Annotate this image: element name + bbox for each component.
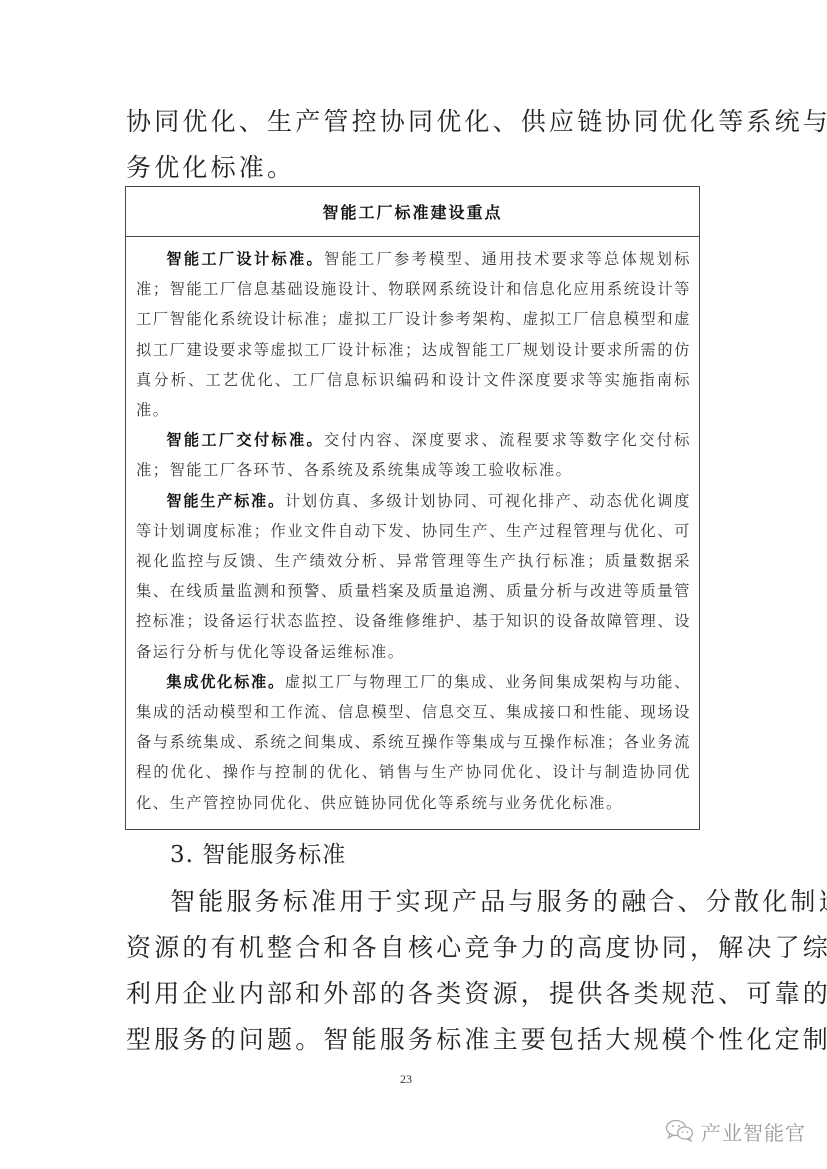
focus-box: 智能工厂标准建设重点 智能工厂设计标准。智能工厂参考模型、通用技术要求等总体规划… bbox=[125, 186, 700, 830]
paragraph-text: 计划仿真、多级计划协同、可视化排产、动态优化调度等计划调度标准；作业文件自动下发… bbox=[136, 492, 691, 661]
paragraph-lead: 集成优化标准。 bbox=[166, 673, 285, 691]
section-heading: 3. 智能服务标准 bbox=[170, 843, 745, 868]
body-text-line: 资源的有机整合和各自核心竞争力的高度协同，解决了综合 bbox=[126, 935, 701, 960]
body-text-line: 协同优化、生产管控协同优化、供应链协同优化等系统与业 bbox=[126, 109, 701, 134]
box-paragraph-production: 智能生产标准。计划仿真、多级计划协同、可视化排产、动态优化调度等计划调度标准；作… bbox=[136, 486, 691, 667]
paragraph-text: 虚拟工厂与物理工厂的集成、业务间集成架构与功能、集成的活动模型和工作流、信息模型… bbox=[136, 673, 691, 812]
wechat-icon bbox=[665, 1118, 695, 1146]
body-text-line: 型服务的问题。智能服务标准主要包括大规模个性化定制、 bbox=[126, 1027, 701, 1052]
page-number: 23 bbox=[400, 1072, 412, 1087]
watermark: 产业智能官 bbox=[665, 1117, 806, 1146]
focus-box-header: 智能工厂标准建设重点 bbox=[126, 187, 699, 237]
watermark-text: 产业智能官 bbox=[701, 1117, 806, 1146]
box-paragraph-integration: 集成优化标准。虚拟工厂与物理工厂的集成、业务间集成架构与功能、集成的活动模型和工… bbox=[136, 667, 691, 818]
body-text-line: 智能服务标准用于实现产品与服务的融合、分散化制造 bbox=[170, 889, 745, 914]
body-text-line: 利用企业内部和外部的各类资源，提供各类规范、可靠的新 bbox=[126, 981, 701, 1006]
focus-box-body: 智能工厂设计标准。智能工厂参考模型、通用技术要求等总体规划标准；智能工厂信息基础… bbox=[126, 237, 699, 818]
paragraph-lead: 智能生产标准。 bbox=[166, 492, 285, 510]
focus-box-title: 智能工厂标准建设重点 bbox=[322, 200, 502, 223]
paragraph-lead: 智能工厂交付标准。 bbox=[166, 431, 324, 449]
paragraph-lead: 智能工厂设计标准。 bbox=[166, 250, 324, 268]
box-paragraph-design: 智能工厂设计标准。智能工厂参考模型、通用技术要求等总体规划标准；智能工厂信息基础… bbox=[136, 244, 691, 425]
body-text-line: 务优化标准。 bbox=[126, 155, 701, 180]
paragraph-text: 智能工厂参考模型、通用技术要求等总体规划标准；智能工厂信息基础设施设计、物联网系… bbox=[136, 250, 691, 419]
box-paragraph-delivery: 智能工厂交付标准。交付内容、深度要求、流程要求等数字化交付标准；智能工厂各环节、… bbox=[136, 425, 691, 485]
